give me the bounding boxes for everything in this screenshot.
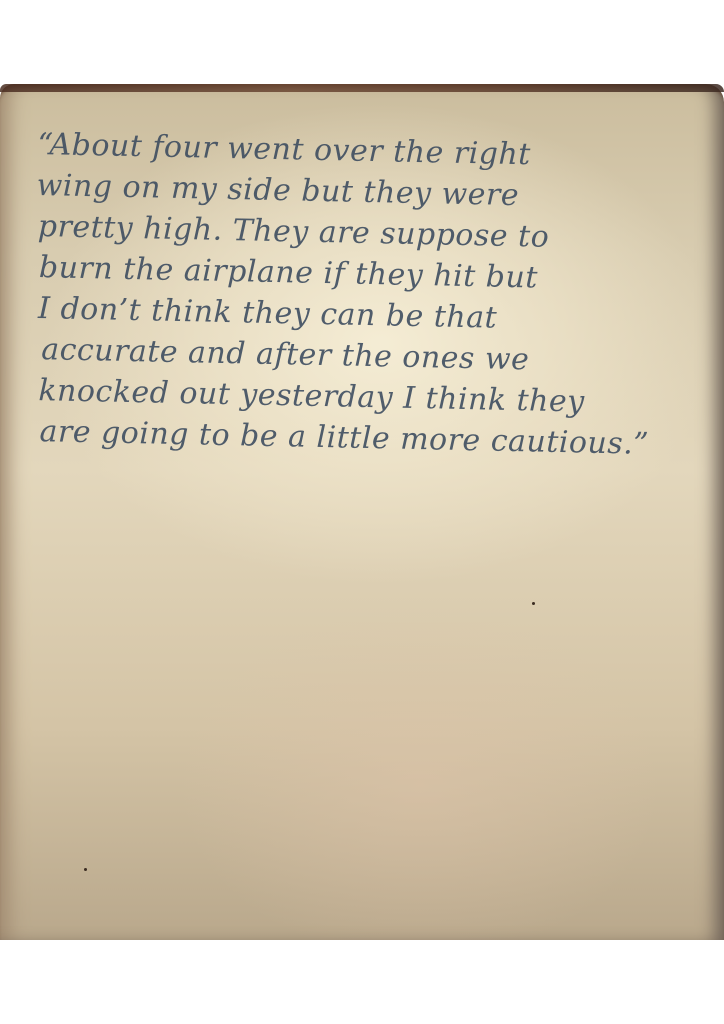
paper-speck bbox=[84, 868, 87, 871]
paper-speck bbox=[532, 602, 535, 605]
handwritten-text: “About four went over the right wing on … bbox=[31, 124, 698, 466]
diary-page-scan: “About four went over the right wing on … bbox=[0, 84, 724, 940]
